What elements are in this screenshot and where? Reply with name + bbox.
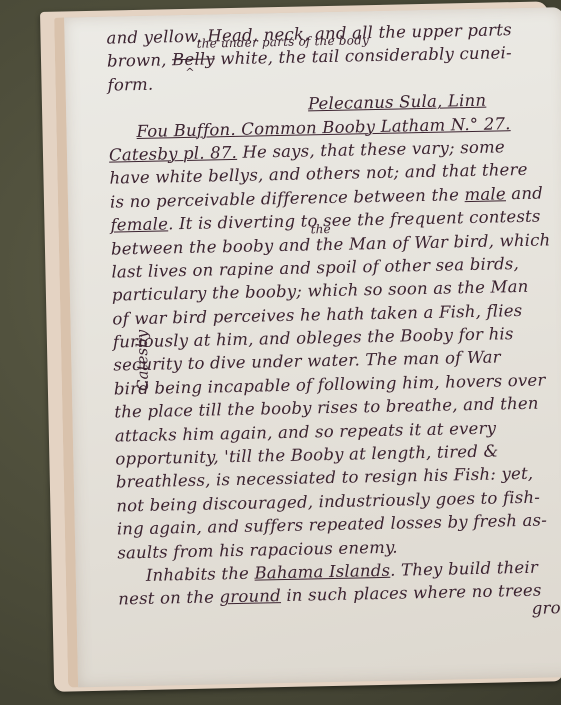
margin-note: Catesby (133, 330, 152, 391)
handwritten-text: and yellow. Head, neck, and all the uppe… (106, 17, 561, 635)
manuscript-page: and yellow. Head, neck, and all the uppe… (54, 7, 561, 688)
interlinear-insertion: the (310, 222, 331, 234)
manuscript-page-stack: and yellow. Head, neck, and all the uppe… (40, 1, 561, 702)
